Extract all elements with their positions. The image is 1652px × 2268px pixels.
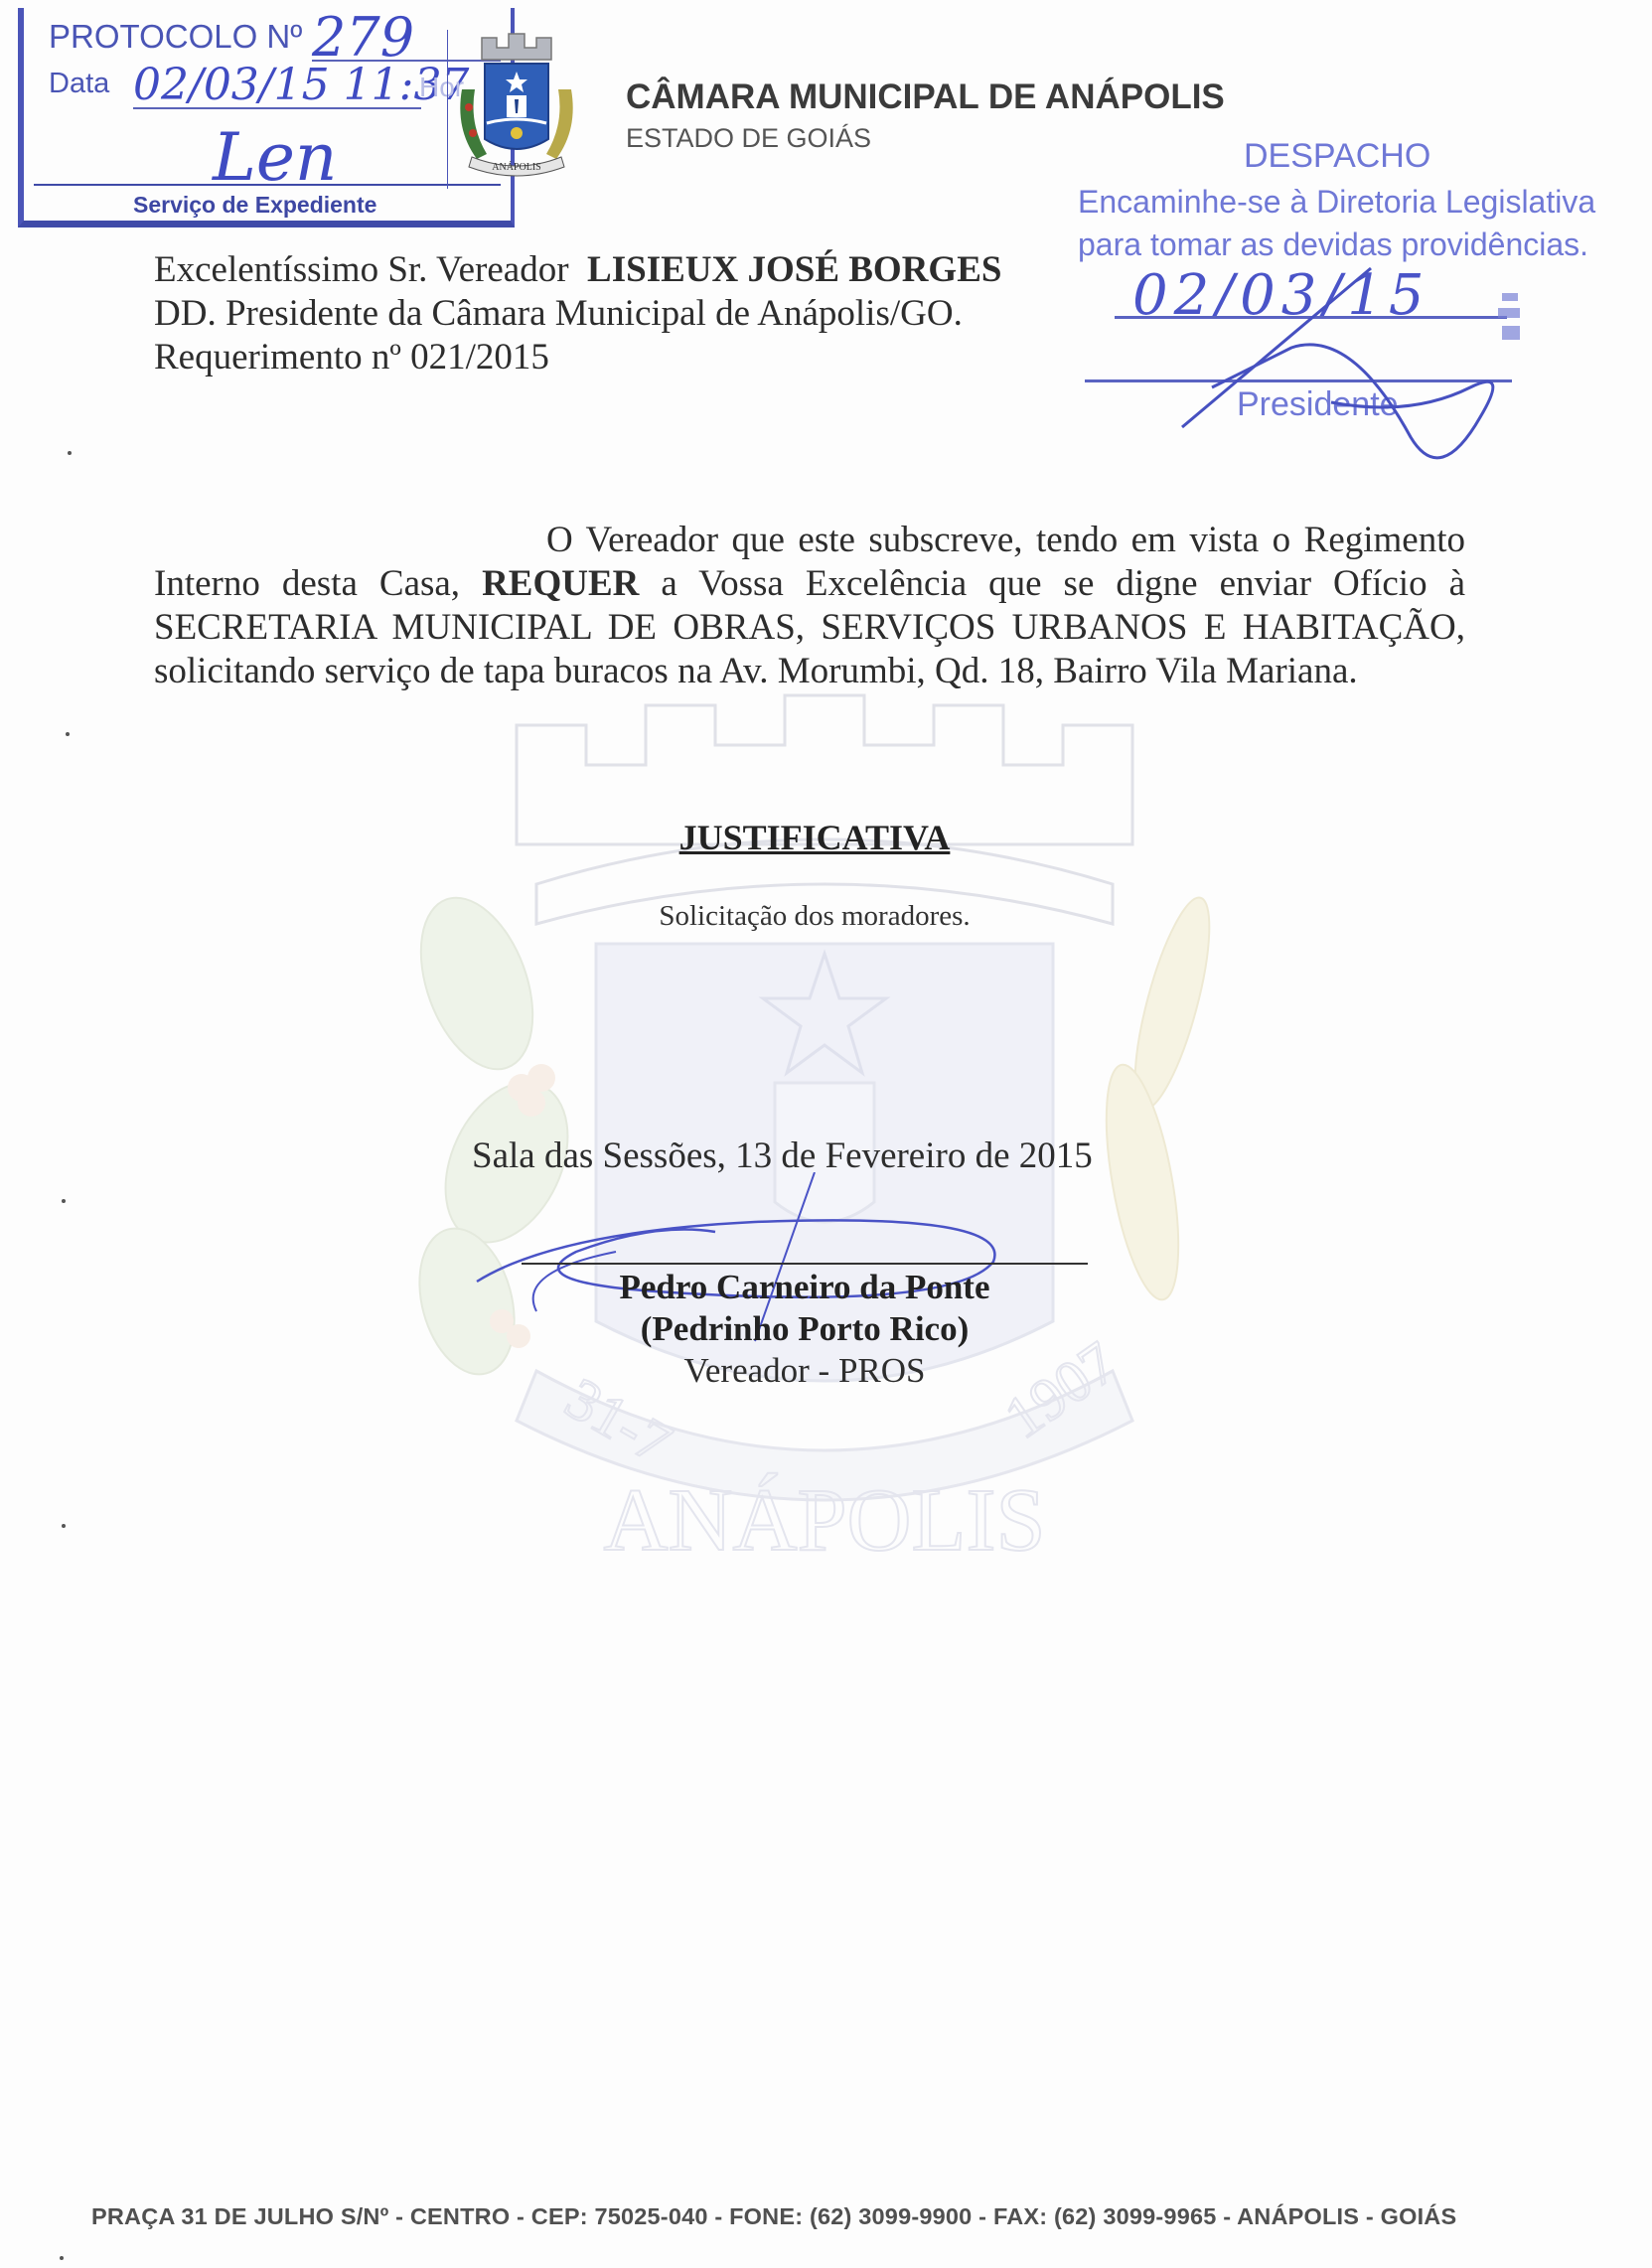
svg-text:ANÁPOLIS: ANÁPOLIS (492, 161, 540, 173)
footer-address: PRAÇA 31 DE JULHO S/Nº - CENTRO - CEP: 7… (91, 2203, 1456, 2230)
date-underline (133, 107, 421, 109)
addressee-line: Excelentíssimo Sr. Vereador LISIEUX JOSÉ… (154, 248, 1001, 291)
stamp-signature-line (34, 184, 501, 186)
signer-role: Vereador - PROS (0, 1351, 1609, 1391)
svg-text:ANÁPOLIS: ANÁPOLIS (603, 1471, 1045, 1570)
president-signature (1152, 258, 1530, 477)
signer-name: Pedro Carneiro da Ponte (0, 1268, 1609, 1307)
signature-line (522, 1263, 1088, 1265)
protocol-stamp: PROTOCOLO Nº 279 Data 02/03/15 11:37 Hor… (18, 8, 515, 227)
margin-mark (68, 451, 72, 455)
request-number: Requerimento nº 021/2015 (154, 336, 549, 378)
protocol-label: PROTOCOLO Nº (49, 18, 302, 56)
addressee-position: DD. Presidente da Câmara Municipal de An… (154, 292, 963, 335)
signer-nickname: (Pedrinho Porto Rico) (0, 1309, 1609, 1349)
margin-mark (66, 732, 70, 736)
margin-mark (62, 1199, 66, 1203)
request-body: O Vereador que este subscreve, tendo em … (154, 519, 1465, 693)
place-and-date: Sala das Sessões, 13 de Fevereiro de 201… (472, 1134, 1093, 1177)
margin-mark (60, 2256, 64, 2260)
justification-title: JUSTIFICATIVA (0, 817, 1629, 858)
date-label: Data (49, 68, 109, 100)
requer-keyword: REQUER (482, 563, 639, 604)
department-label: Serviço de Expediente (133, 192, 376, 219)
addressee-name: LISIEUX JOSÉ BORGES (587, 249, 1001, 290)
margin-mark (62, 1524, 66, 1528)
justification-text: Solicitação dos moradores. (0, 900, 1629, 933)
despacho-line-1: Encaminhe-se à Diretoria Legislativa (1078, 184, 1595, 221)
coat-of-arms-icon: ANÁPOLIS (447, 30, 586, 189)
despacho-title: DESPACHO (1244, 137, 1430, 176)
institution-state: ESTADO DE GOIÁS (626, 123, 871, 154)
institution-name: CÂMARA MUNICIPAL DE ANÁPOLIS (626, 77, 1225, 117)
